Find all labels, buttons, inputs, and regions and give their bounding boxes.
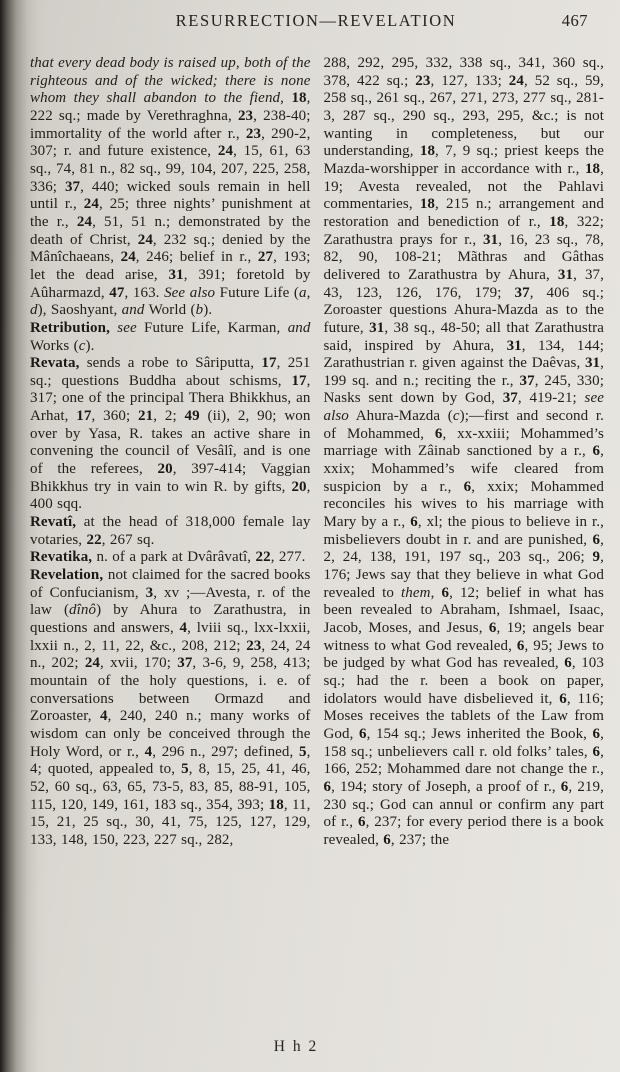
page-header: RESURRECTION—REVELATION 467 — [30, 11, 602, 35]
signature-mark: H h 2 — [274, 1038, 318, 1055]
page-footer: H h 2 — [0, 1038, 592, 1056]
index-entry: Revata, sends a robe to Sâriputta, 17, 2… — [30, 355, 311, 514]
index-entry: Revatî, at the head of 318,000 female la… — [30, 514, 311, 549]
index-entry: Revatika, n. of a park at Dvârâvatî, 22,… — [30, 549, 311, 567]
book-page-scan: RESURRECTION—REVELATION 467 that every d… — [0, 0, 620, 1072]
index-columns: that every dead body is raised up, both … — [30, 55, 604, 1041]
index-entry: Revelation, not claimed for the sacred b… — [30, 567, 311, 850]
left-column: that every dead body is raised up, both … — [30, 55, 311, 1041]
index-entry: that every dead body is raised up, both … — [30, 55, 311, 320]
page-number: 467 — [562, 11, 588, 31]
index-entry: 288, 292, 295, 332, 338 sq., 341, 360 sq… — [324, 55, 605, 850]
right-column: 288, 292, 295, 332, 338 sq., 341, 360 sq… — [324, 55, 605, 1041]
running-title: RESURRECTION—REVELATION — [30, 11, 602, 31]
index-entry: Retribution, see Future Life, Karman, an… — [30, 320, 311, 355]
